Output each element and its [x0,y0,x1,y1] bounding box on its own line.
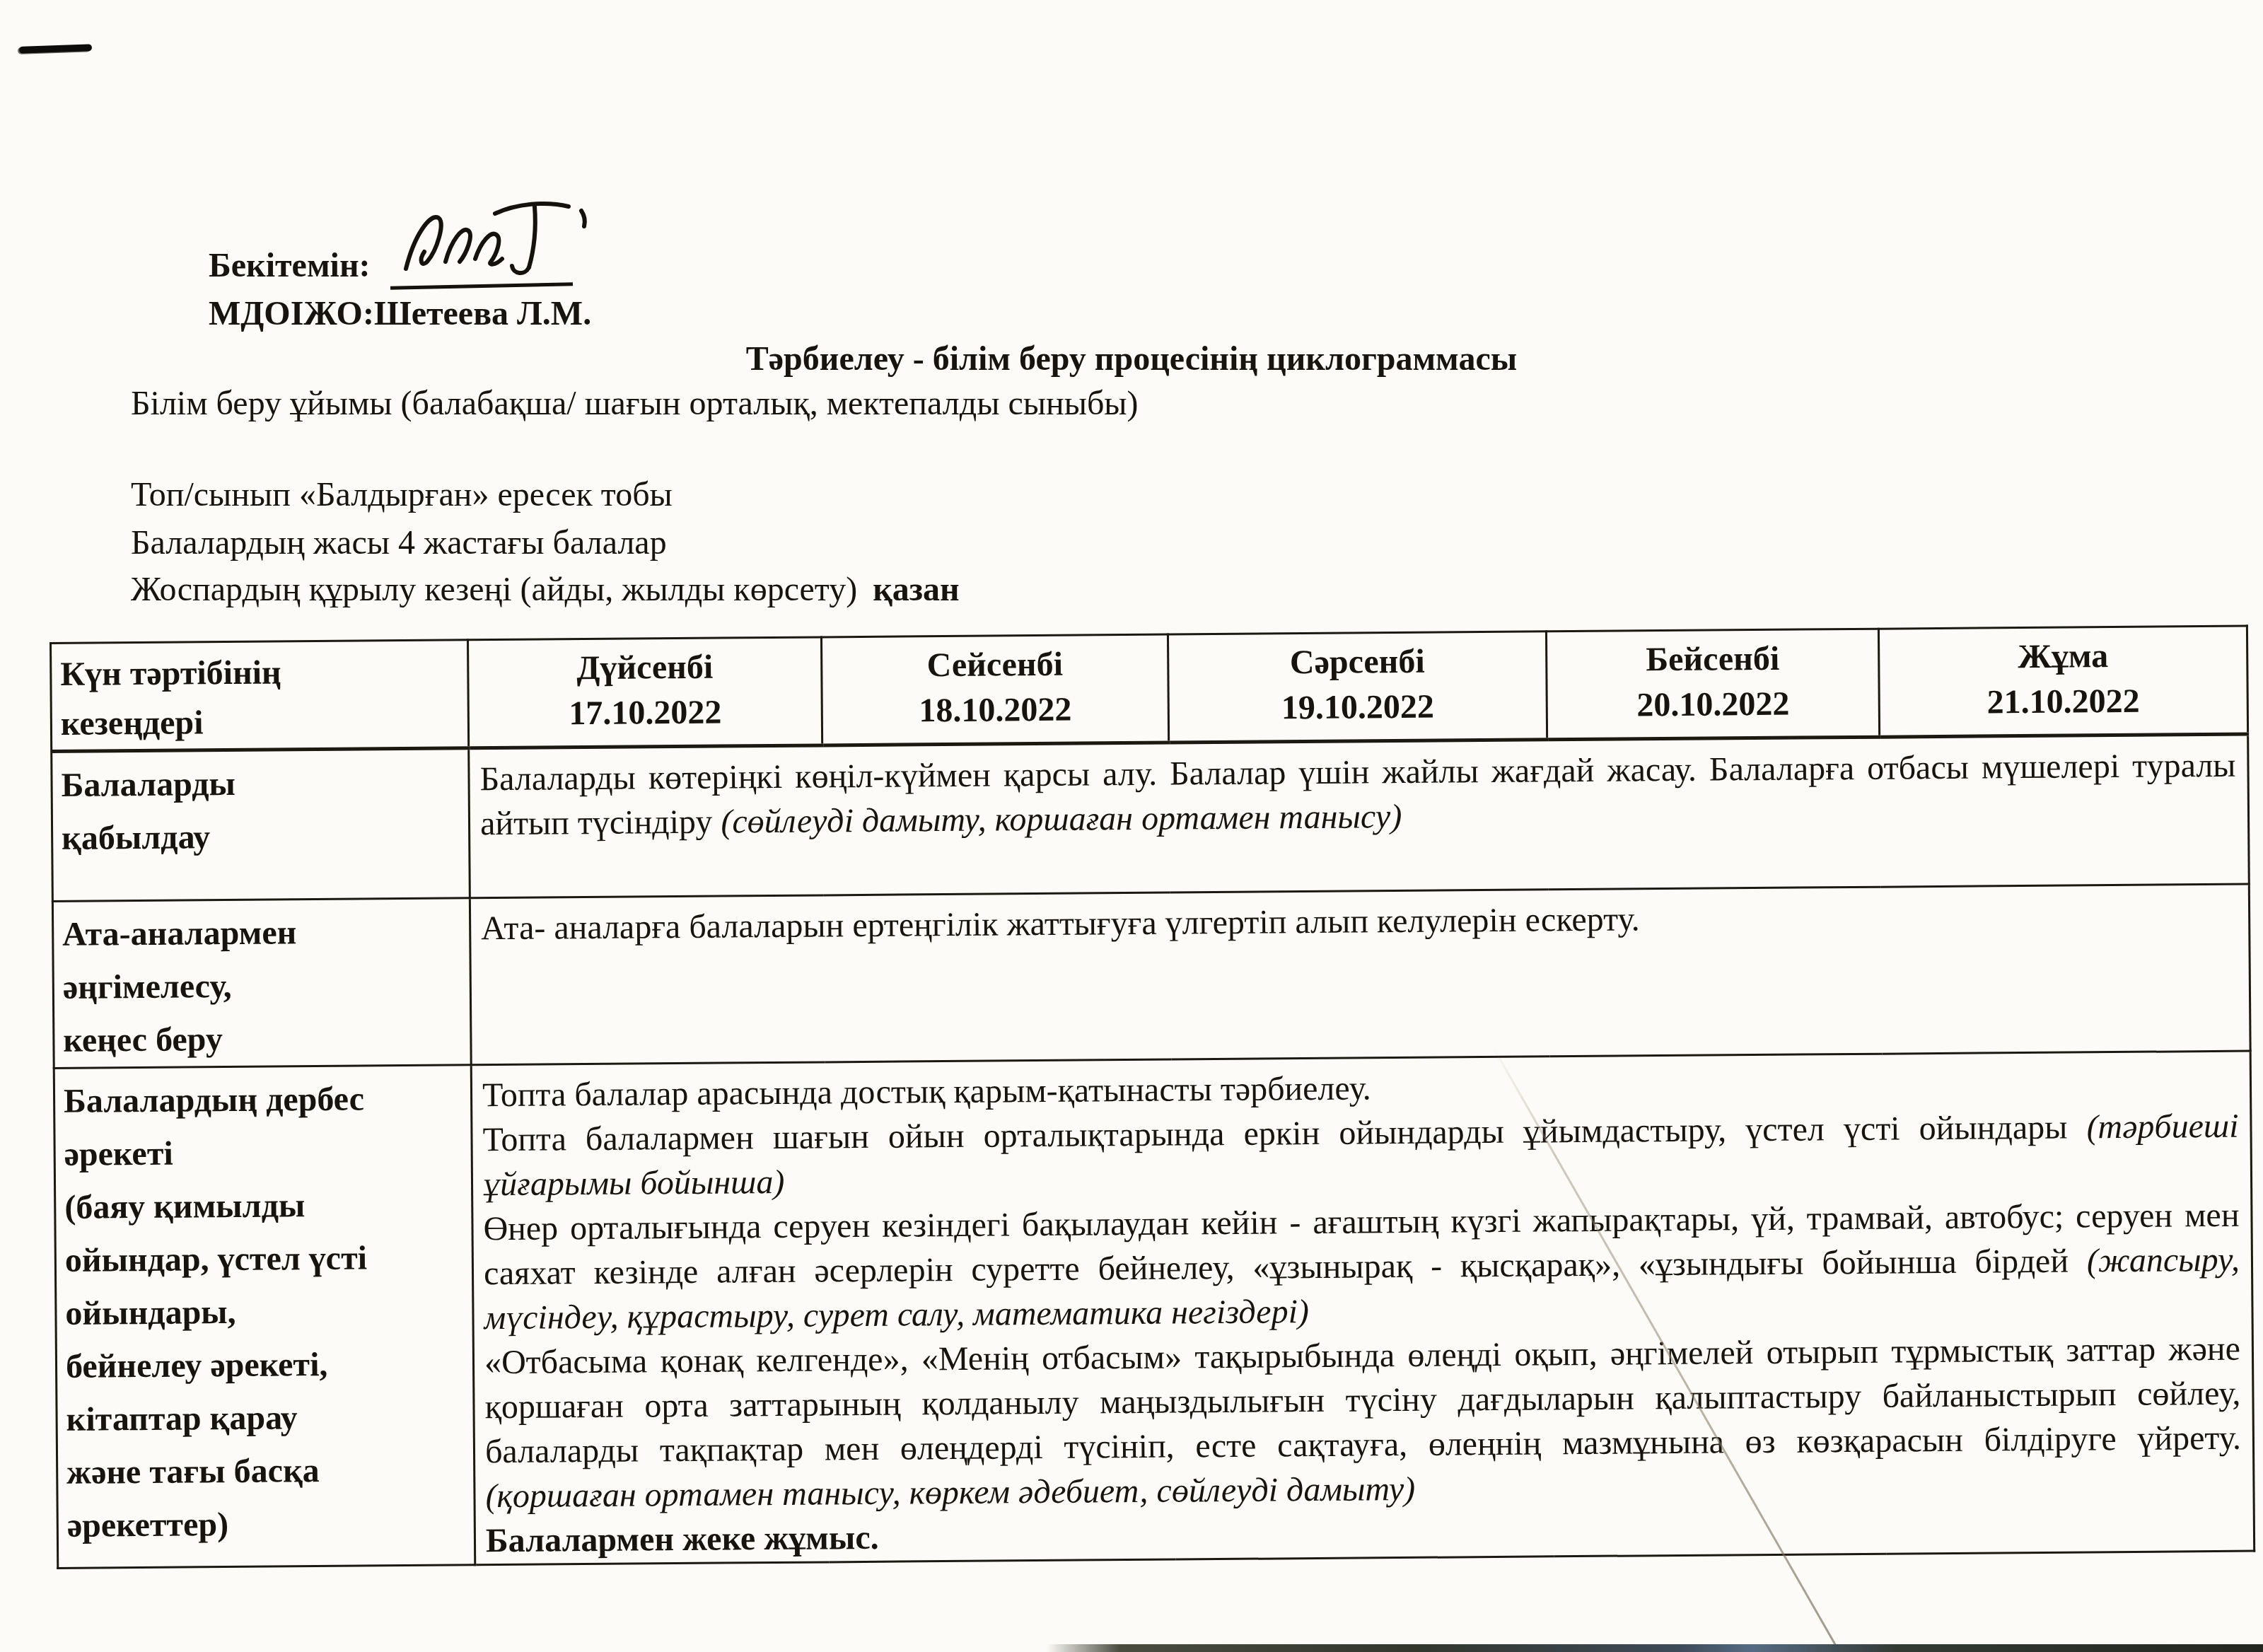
pen-mark-artifact [19,44,92,54]
group-line: Топ/сынып «Балдырған» ересек тобы [131,475,673,515]
day-name: Дүйсенбі [470,644,820,692]
table-header-row: Күн тәртібінің кезеңдері Дүйсенбі 17.10.… [51,626,2248,751]
paragraph: Топта балалармен шағын ойын орталықтарын… [482,1104,2239,1206]
document-title: Тәрбиелеу - білім беру процесінің циклог… [0,339,2263,379]
column-header-friday: Жұма 21.10.2022 [1878,626,2247,737]
table-row-parent-talks: Ата-аналармен әңгімелесу, кеңес беру Ата… [52,884,2250,1068]
row-content: Балаларды көтеріңкі көңіл-күймен қарсы а… [469,734,2250,898]
scan-edge-artifact [1047,1644,2263,1652]
period-value: қазан [873,571,960,608]
day-name: Бейсенбі [1548,636,1877,684]
column-header-monday: Дүйсенбі 17.10.2022 [467,637,822,748]
cyclogram-table-wrap: Күн тәртібінің кезеңдері Дүйсенбі 17.10.… [50,625,2253,1569]
table-row-independent-activity: Балалардың дербес әрекеті (баяу қимылды … [54,1051,2254,1568]
day-date: 17.10.2022 [470,689,820,737]
period-line: Жоспардың құрылу кезеңі (айды, жылды көр… [131,570,960,610]
paragraph: Ата- аналарға балаларын ертеңгілік жатты… [481,892,2237,950]
row-label: Ата-аналармен әңгімелесу, кеңес беру [52,898,471,1069]
row-content: Топта балалар арасында достық қарым-қаты… [471,1051,2254,1565]
table-row-reception: Балаларды қабылдау Балаларды көтеріңкі к… [52,734,2250,901]
day-name: Жұма [1880,633,2245,681]
period-label: Жоспардың құрылу кезеңі (айды, жылды көр… [131,571,857,608]
row-label: Балалардың дербес әрекеті (баяу қимылды … [54,1065,475,1569]
paragraph: «Отбасыма қонақ келгенде», «Менің отбасы… [484,1327,2242,1518]
signature-mark [396,185,693,291]
day-date: 20.10.2022 [1549,681,1878,729]
column-header-thursday: Бейсенбі 20.10.2022 [1546,629,1879,740]
paragraph: Балаларды көтеріңкі көңіл-күймен қарсы а… [479,743,2236,846]
day-name: Сәрсенбі [1170,638,1544,686]
column-header-periods: Күн тәртібінің кезеңдері [51,640,469,752]
day-date: 18.10.2022 [824,687,1167,735]
day-date: 21.10.2022 [1881,678,2246,726]
column-header-wednesday: Сәрсенбі 19.10.2022 [1168,632,1547,743]
column-header-tuesday: Сейсенбі 18.10.2022 [821,634,1168,745]
cyclogram-table: Күн тәртібінің кезеңдері Дүйсенбі 17.10.… [50,625,2255,1569]
age-line: Балалардың жасы 4 жастағы балалар [131,523,667,563]
approver-name: МДОІЖО:Шетеева Л.М. [209,294,591,334]
row-label: Балаларды қабылдау [52,748,470,902]
row-content: Ата- аналарға балаларын ертеңгілік жатты… [470,884,2250,1065]
approve-label: Бекітемін: [209,246,371,286]
scanned-document-page: Бекітемін: МДОІЖО:Шетеева Л.М. Тәрбиелеу… [0,0,2263,1652]
day-date: 19.10.2022 [1170,683,1545,731]
paragraph: Өнер орталығында серуен кезіндегі бақыла… [483,1193,2240,1340]
day-name: Сейсенбі [823,641,1166,690]
org-type-line: Білім беру ұйымы (балабақша/ шағын ортал… [131,384,1139,424]
